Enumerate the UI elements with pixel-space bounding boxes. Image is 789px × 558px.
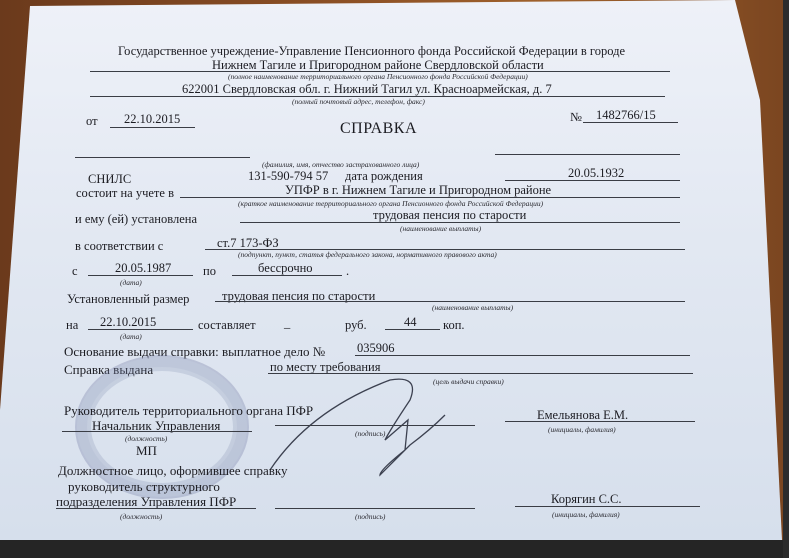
document-date: 22.10.2015: [124, 112, 180, 127]
registered-value: УПФР в г. Нижнем Тагиле и Пригородном ра…: [285, 183, 551, 198]
rub-value: _: [284, 316, 290, 331]
date-label: от: [86, 114, 98, 129]
address-caption: (полный почтовый адрес, телефон, факс): [292, 97, 425, 106]
official-name: Корягин С.С.: [551, 492, 622, 507]
fio-underline-right: [495, 154, 680, 155]
number-label: №: [570, 110, 582, 125]
on-date-value: 22.10.2015: [100, 315, 156, 330]
assigned-value: трудовая пенсия по старости: [373, 208, 526, 223]
to-period-dot: .: [346, 264, 349, 279]
head-position-caption: (должность): [125, 434, 167, 443]
official-name-underline: [515, 506, 700, 507]
registered-underline: [180, 197, 680, 198]
reason-value: 035906: [357, 341, 395, 356]
document-number: 1482766/15: [596, 108, 656, 123]
head-signature-underline: [275, 425, 475, 426]
org-name-caption: (полное наименование территориального ор…: [228, 72, 528, 81]
assigned-label: и ему (ей) установлена: [75, 212, 197, 227]
number-underline: [583, 122, 678, 123]
to-label: по: [203, 264, 216, 279]
fio-underline-left: [75, 157, 250, 158]
head-signature-caption: (подпись): [355, 429, 385, 438]
head-title-line1: Руководитель территориального органа ПФР: [64, 403, 313, 419]
birth-date-label: дата рождения: [345, 169, 423, 184]
org-name-line1: Государственное учреждение-Управление Пе…: [118, 44, 625, 59]
snils-value: 131-590-794 57: [248, 169, 328, 184]
birth-date-underline: [505, 180, 680, 181]
official-signature-caption: (подпись): [355, 512, 385, 521]
basis-caption: (подпункт, пункт, статья федерального за…: [238, 250, 497, 259]
document-title: СПРАВКА: [340, 120, 417, 138]
assigned-caption: (наименование выплаты): [400, 224, 481, 233]
on-date-underline: [88, 329, 193, 330]
bottom-frame: [0, 540, 789, 558]
reason-underline: [355, 355, 690, 356]
from-date-underline: [88, 275, 193, 276]
registered-caption: (краткое наименование территориального о…: [238, 199, 543, 208]
from-label: с: [72, 264, 78, 279]
official-title-line2: руководитель структурного: [68, 479, 220, 495]
certificate-document: Государственное учреждение-Управление Пе…: [0, 0, 789, 540]
kop-underline: [385, 329, 440, 330]
fio-caption: (фамилия, имя, отчество застрахованного …: [262, 160, 419, 169]
official-position-underline: [56, 508, 256, 509]
kop-label: коп.: [443, 318, 465, 333]
to-value: бессрочно: [258, 261, 313, 276]
head-position-underline: [62, 431, 252, 432]
head-name-caption: (инициалы, фамилия): [548, 425, 616, 434]
amount-label: Установленный размер: [67, 292, 189, 307]
from-date-caption: (дата): [120, 278, 142, 287]
official-signature-underline: [275, 508, 475, 509]
amount-underline: [215, 301, 685, 302]
date-underline: [110, 127, 195, 128]
amount-caption: (наименование выплаты): [432, 303, 513, 312]
right-frame: [783, 0, 789, 558]
makes-label: составляет: [198, 318, 256, 333]
head-name-underline: [505, 421, 695, 422]
registered-label: состоит на учете в: [76, 186, 174, 201]
on-date-label: на: [66, 318, 78, 333]
to-underline: [232, 275, 342, 276]
rub-label: руб.: [345, 318, 367, 333]
seal-placeholder: МП: [136, 443, 157, 459]
basis-label: в соответствии с: [75, 239, 163, 254]
official-position-caption: (должность): [120, 512, 162, 521]
org-address: 622001 Свердловская обл. г. Нижний Тагил…: [182, 82, 552, 97]
kop-value: 44: [404, 315, 417, 330]
assigned-underline: [240, 222, 680, 223]
birth-date-value: 20.05.1932: [568, 166, 624, 181]
official-name-caption: (инициалы, фамилия): [552, 510, 620, 519]
reason-label: Основание выдачи справки: выплатное дело…: [64, 344, 325, 360]
from-date: 20.05.1987: [115, 261, 171, 276]
on-date-caption: (дата): [120, 332, 142, 341]
official-title-line1: Должностное лицо, оформившее справку: [58, 463, 288, 479]
snils-label: СНИЛС: [88, 172, 131, 187]
